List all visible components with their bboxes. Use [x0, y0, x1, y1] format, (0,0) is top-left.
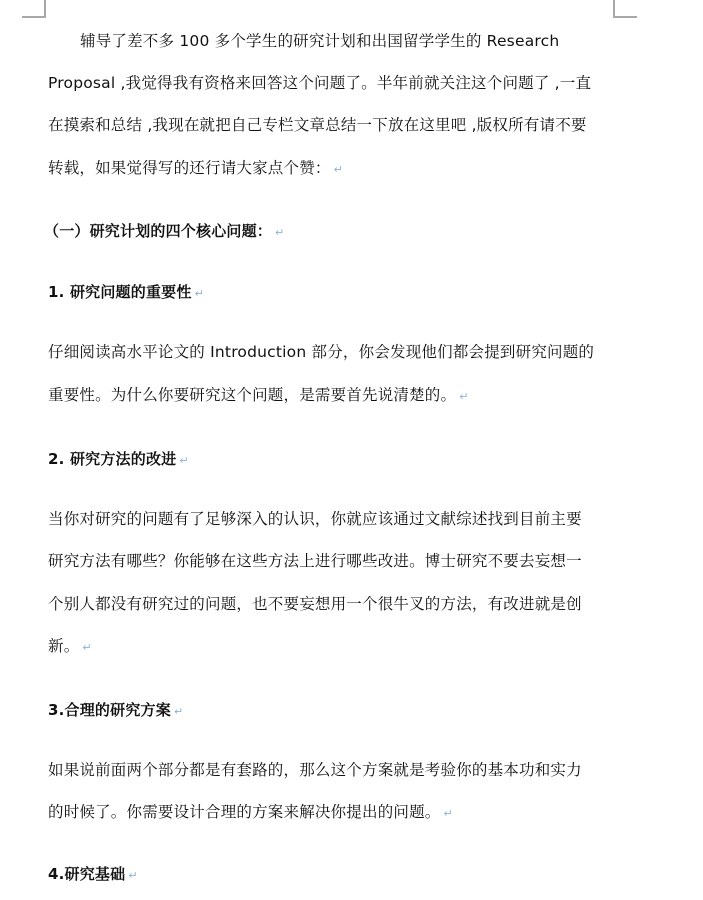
item-2-line: 研究方法有哪些？你能够在这些方法上进行哪些改进。博士研究不要去妄想一: [48, 551, 582, 571]
paragraph-mark-icon: ↵: [174, 705, 183, 718]
page-corner-marker-left-horizontal: [22, 16, 46, 18]
paragraph-mark-icon: ↵: [128, 869, 137, 882]
item-1-line: 仔细阅读高水平论文的 Introduction 部分，你会发现他们都会提到研究问…: [48, 342, 594, 362]
paragraph-mark-icon: ↵: [275, 226, 284, 239]
item-3-line: 如果说前面两个部分都是有套路的，那么这个方案就是考验你的基本功和实力: [48, 760, 582, 780]
page-corner-marker-right-horizontal: [613, 16, 637, 18]
paragraph-mark-icon: ↵: [459, 390, 468, 403]
intro-line: Proposal ,我觉得我有资格来回答这个问题了。半年前就关注这个问题了 ,一…: [48, 73, 591, 93]
intro-line: 辅导了差不多 100 多个学生的研究计划和出国留学学生的 Research: [80, 31, 559, 51]
item-heading-1: 1. 研究问题的重要性↵: [48, 282, 204, 304]
intro-line-last: 转载，如果觉得写的还行请大家点个赞：↵: [48, 158, 343, 180]
paragraph-mark-icon: ↵: [444, 807, 453, 820]
intro-text: 转载，如果觉得写的还行请大家点个赞：: [48, 159, 331, 177]
item-heading-4: 4.研究基础↵: [48, 864, 138, 886]
section-heading: （一）研究计划的四个核心问题：↵: [44, 221, 284, 243]
intro-line: 在摸索和总结 ,我现在就把自己专栏文章总结一下放在这里吧 ,版权所有请不要: [48, 115, 587, 135]
item-3-line-last: 的时候了。你需要设计合理的方案来解决你提出的问题。↵: [48, 802, 453, 824]
paragraph-mark-icon: ↵: [82, 641, 91, 654]
item-2-line-last: 新。↵: [48, 636, 92, 658]
item-heading-3: 3.合理的研究方案↵: [48, 700, 183, 722]
paragraph-mark-icon: ↵: [195, 287, 204, 300]
item-2-line: 个别人都没有研究过的问题，也不要妄想用一个很牛叉的方法，有改进就是创: [48, 594, 582, 614]
item-1-line-last: 重要性。为什么你要研究这个问题，是需要首先说清楚的。↵: [48, 385, 469, 407]
item-heading-2: 2. 研究方法的改进↵: [48, 449, 189, 471]
item-2-line: 当你对研究的问题有了足够深入的认识，你就应该通过文献综述找到目前主要: [48, 509, 582, 529]
paragraph-mark-icon: ↵: [179, 454, 188, 467]
paragraph-mark-icon: ↵: [334, 163, 343, 176]
